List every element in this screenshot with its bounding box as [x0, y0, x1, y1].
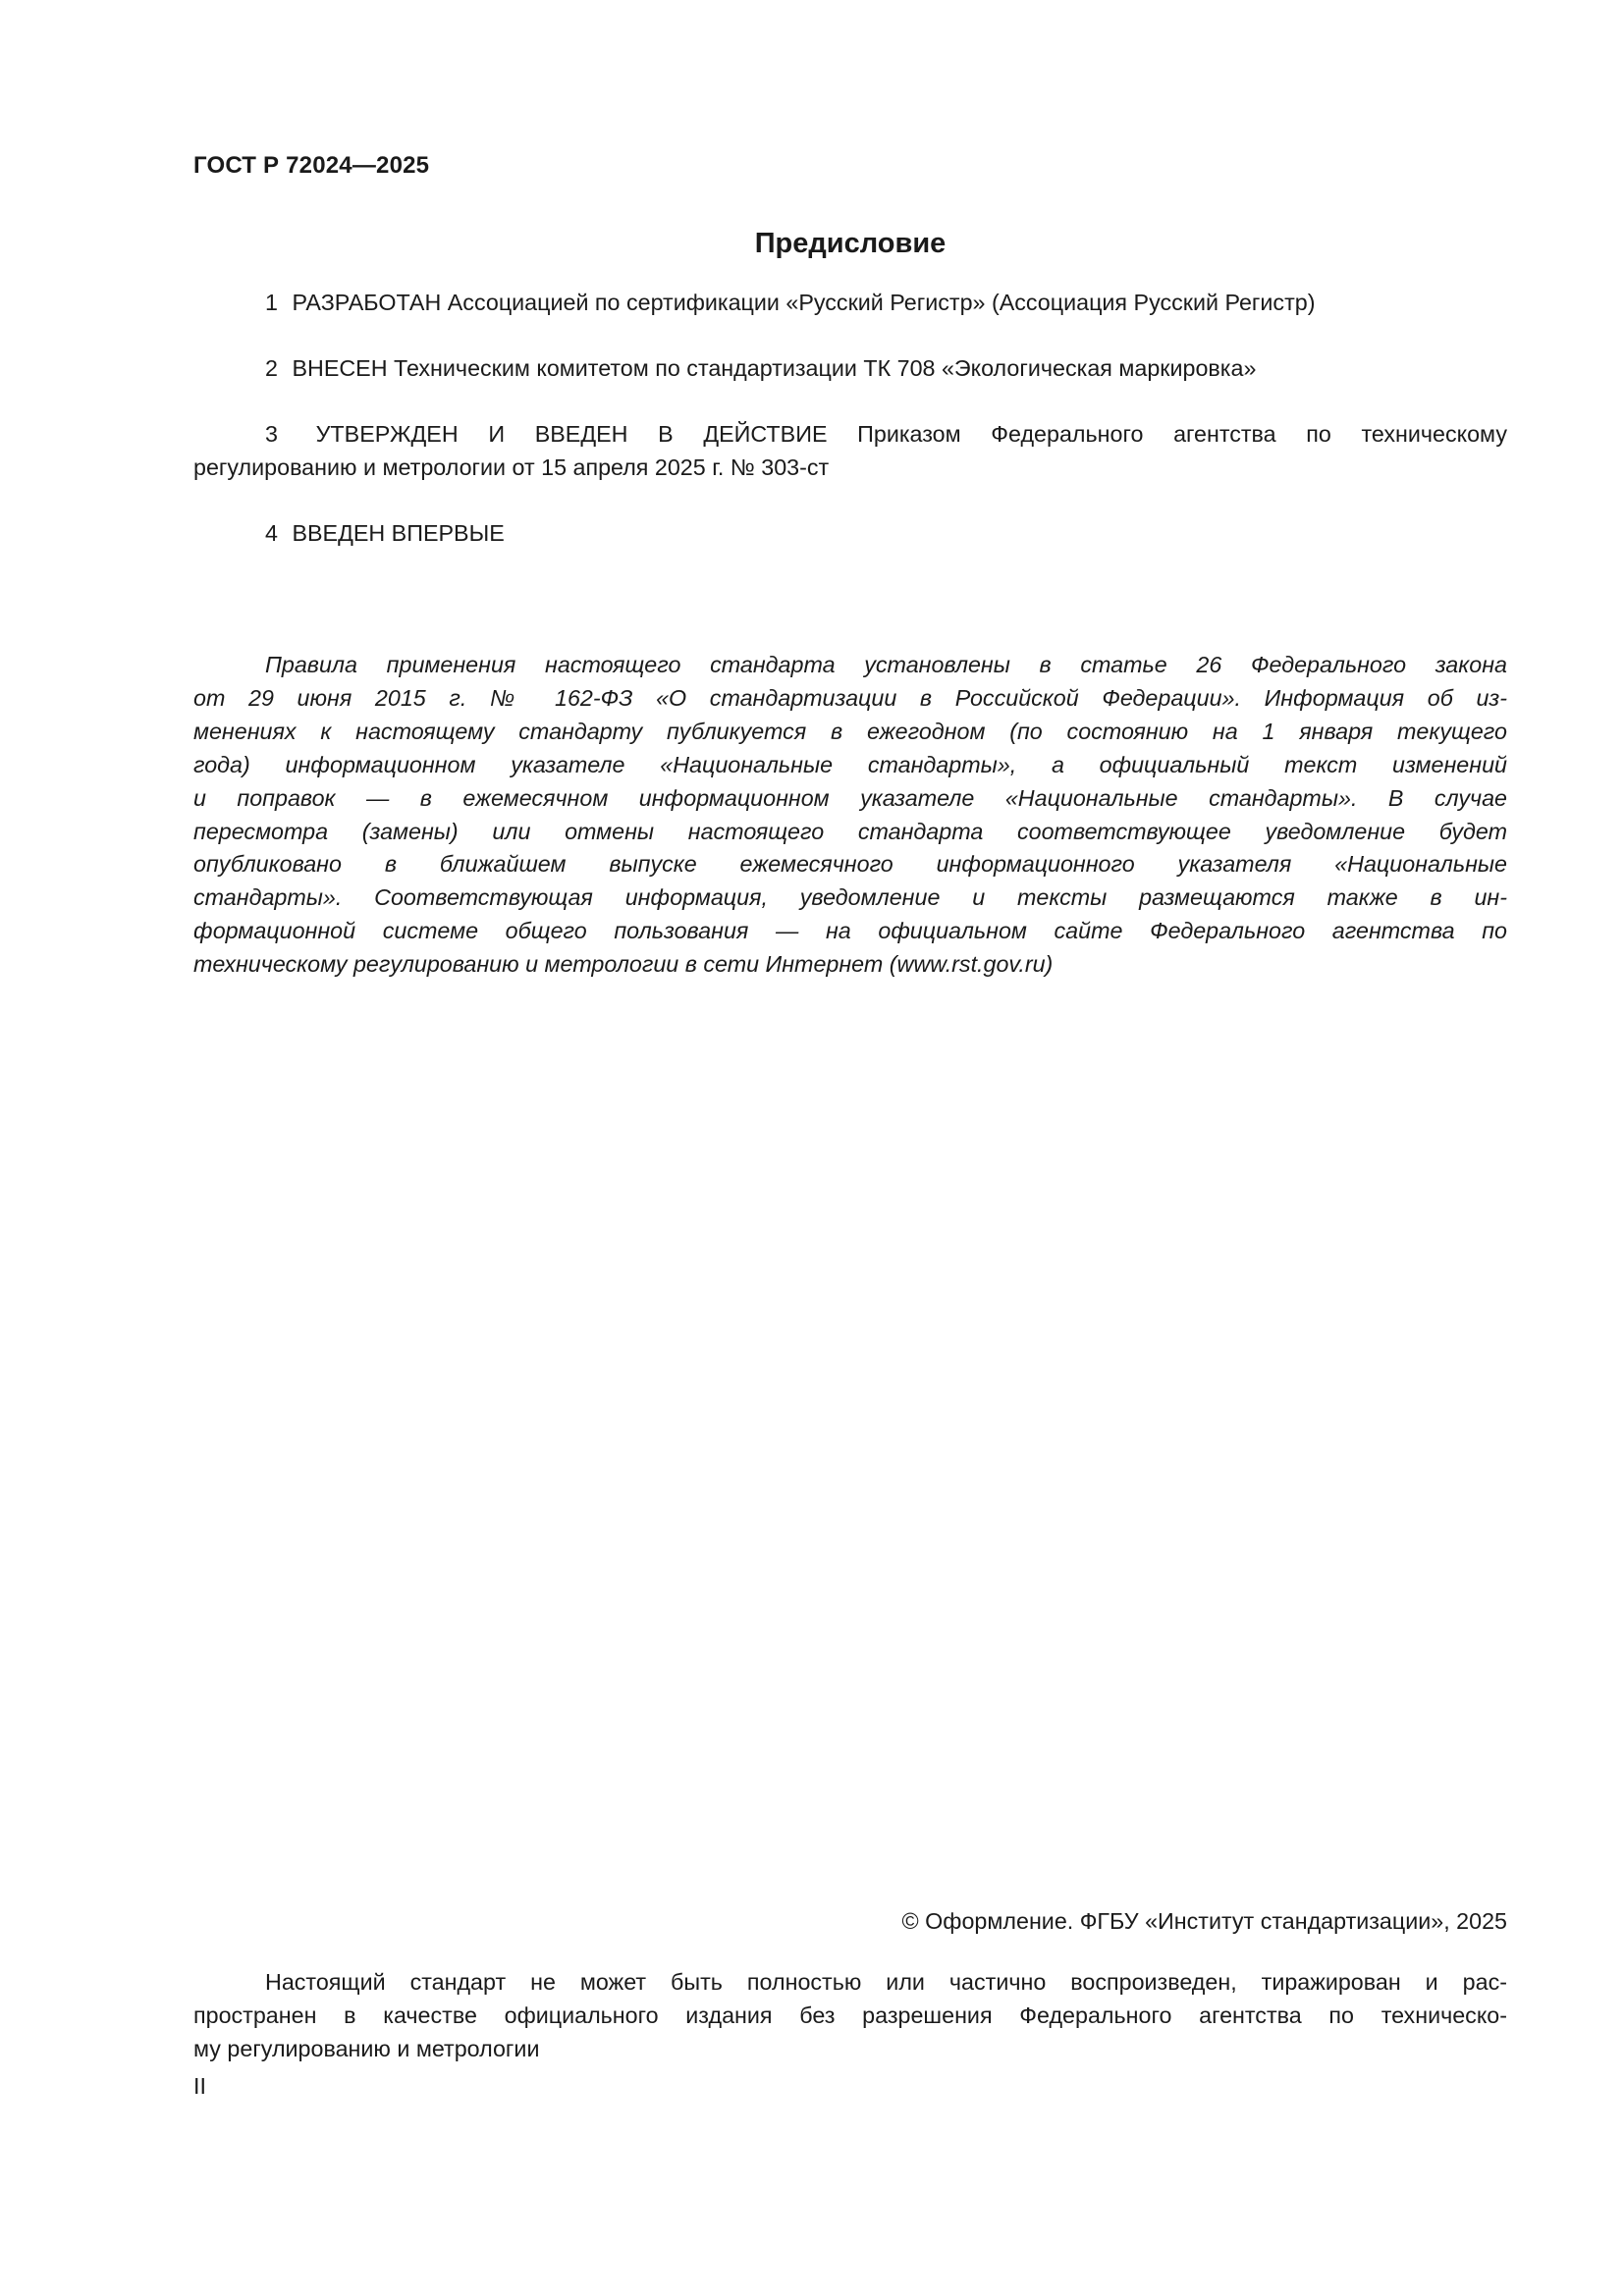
- rules-line: формационной системе общего пользования …: [193, 915, 1507, 948]
- rules-line: техническому регулированию и метрологии …: [193, 948, 1507, 982]
- item-number: 1: [265, 290, 278, 315]
- notice-line: Настоящий стандарт не может быть полност…: [193, 1966, 1507, 2000]
- page-number: II: [193, 2071, 206, 2101]
- rules-line: опубликовано в ближайшем выпуске ежемеся…: [193, 848, 1507, 881]
- rules-line: стандарты». Соответствующая информация, …: [193, 881, 1507, 915]
- item-number: 2: [265, 355, 278, 381]
- preface-item-approved: 3 УТВЕРЖДЕН И ВВЕДЕН В ДЕЙСТВИЕ Приказом…: [193, 418, 1507, 484]
- item-number: 3: [265, 421, 278, 447]
- item-text: Ассоциацией по сертификации «Русский Рег…: [448, 290, 1316, 315]
- application-rules-paragraph: Правила применения настоящего стандарта …: [193, 649, 1507, 982]
- item-keyword: РАЗРАБОТАН: [292, 290, 441, 315]
- document-page: ГОСТ Р 72024—2025 Предисловие 1 РАЗРАБОТ…: [0, 0, 1624, 2296]
- notice-line: му регулированию и метрологии: [193, 2033, 1507, 2066]
- preface-item-introduced: 2 ВНЕСЕН Техническим комитетом по станда…: [193, 352, 1507, 386]
- preface-title: Предисловие: [193, 226, 1507, 261]
- item-line: регулированию и метрологии от 15 апреля …: [193, 452, 1507, 485]
- item-keyword: ВВЕДЕН ВПЕРВЫЕ: [292, 520, 504, 546]
- item-text: Приказом Федерального агентства по техни…: [857, 421, 1507, 447]
- reproduction-notice: Настоящий стандарт не может быть полност…: [193, 1966, 1507, 2066]
- rules-line: Правила применения настоящего стандарта …: [193, 649, 1507, 682]
- item-text: Техническим комитетом по стандартизации …: [394, 355, 1256, 381]
- item-line: 3 УТВЕРЖДЕН И ВВЕДЕН В ДЕЙСТВИЕ Приказом…: [193, 418, 1507, 452]
- item-keyword: УТВЕРЖДЕН И ВВЕДЕН В ДЕЙСТВИЕ: [316, 421, 828, 447]
- rules-line: и поправок — в ежемесячном информационно…: [193, 782, 1507, 816]
- notice-line: пространен в качестве официального издан…: [193, 2000, 1507, 2033]
- item-number: 4: [265, 520, 278, 546]
- copyright-notice: © Оформление. ФГБУ «Институт стандартиза…: [193, 1905, 1507, 1939]
- rules-line: года) информационном указателе «Национал…: [193, 749, 1507, 782]
- item-keyword: ВНЕСЕН: [292, 355, 387, 381]
- preface-item-developed: 1 РАЗРАБОТАН Ассоциацией по сертификации…: [193, 287, 1507, 320]
- preface-item-first-introduced: 4 ВВЕДЕН ВПЕРВЫЕ: [193, 517, 1507, 551]
- document-id: ГОСТ Р 72024—2025: [193, 151, 429, 181]
- rules-line: от 29 июня 2015 г. № 162-ФЗ «О стандарти…: [193, 682, 1507, 716]
- rules-line: пересмотра (замены) или отмены настоящег…: [193, 816, 1507, 849]
- rules-line: менениях к настоящему стандарту публикуе…: [193, 716, 1507, 749]
